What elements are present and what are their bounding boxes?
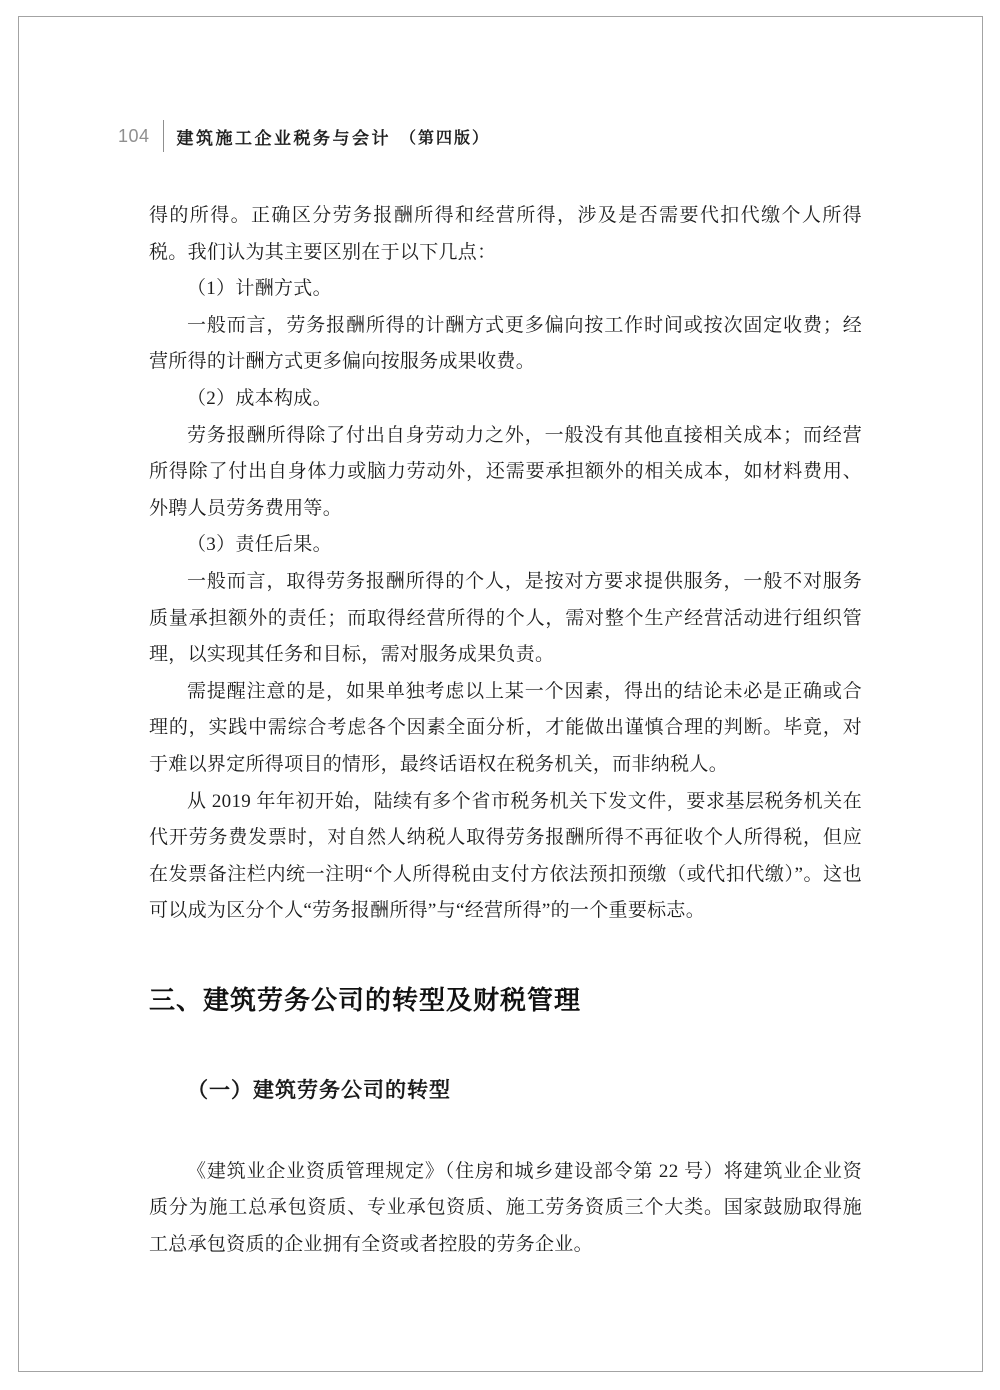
- header-divider: [163, 120, 164, 152]
- list-item-1: （1）计酬方式。: [149, 271, 862, 308]
- page-header: 104 建筑施工企业税务与会计 （第四版）: [118, 120, 490, 152]
- body-paragraph: 一般而言，劳务报酬所得的计酬方式更多偏向按工作时间或按次固定收费；经营所得的计酬…: [149, 308, 862, 381]
- list-item-3: （3）责任后果。: [149, 527, 862, 564]
- list-item-2: （2）成本构成。: [149, 381, 862, 418]
- body-paragraph: 需提醒注意的是，如果单独考虑以上某一个因素，得出的结论未必是正确或合理的，实践中…: [149, 674, 862, 784]
- page-number: 104: [118, 126, 150, 147]
- book-edition: （第四版）: [400, 125, 490, 148]
- body-paragraph: 劳务报酬所得除了付出自身劳动力之外，一般没有其他直接相关成本；而经营所得除了付出…: [149, 418, 862, 528]
- body-paragraph: 《建筑业企业资质管理规定》（住房和城乡建设部令第 22 号）将建筑业企业资质分为…: [149, 1154, 862, 1264]
- body-paragraph-continued: 得的所得。正确区分劳务报酬所得和经营所得，涉及是否需要代扣代缴个人所得税。我们认…: [149, 198, 862, 271]
- subsection-heading: （一）建筑劳务公司的转型: [187, 1076, 862, 1106]
- section-heading: 三、建筑劳务公司的转型及财税管理: [149, 984, 862, 1018]
- page-content: 得的所得。正确区分劳务报酬所得和经营所得，涉及是否需要代扣代缴个人所得税。我们认…: [149, 198, 862, 1264]
- body-paragraph: 一般而言，取得劳务报酬所得的个人，是按对方要求提供服务，一般不对服务质量承担额外…: [149, 564, 862, 674]
- book-title: 建筑施工企业税务与会计: [177, 124, 392, 149]
- book-page: 104 建筑施工企业税务与会计 （第四版） 得的所得。正确区分劳务报酬所得和经营…: [18, 16, 983, 1372]
- body-paragraph: 从 2019 年年初开始，陆续有多个省市税务机关下发文件，要求基层税务机关在代开…: [149, 784, 862, 930]
